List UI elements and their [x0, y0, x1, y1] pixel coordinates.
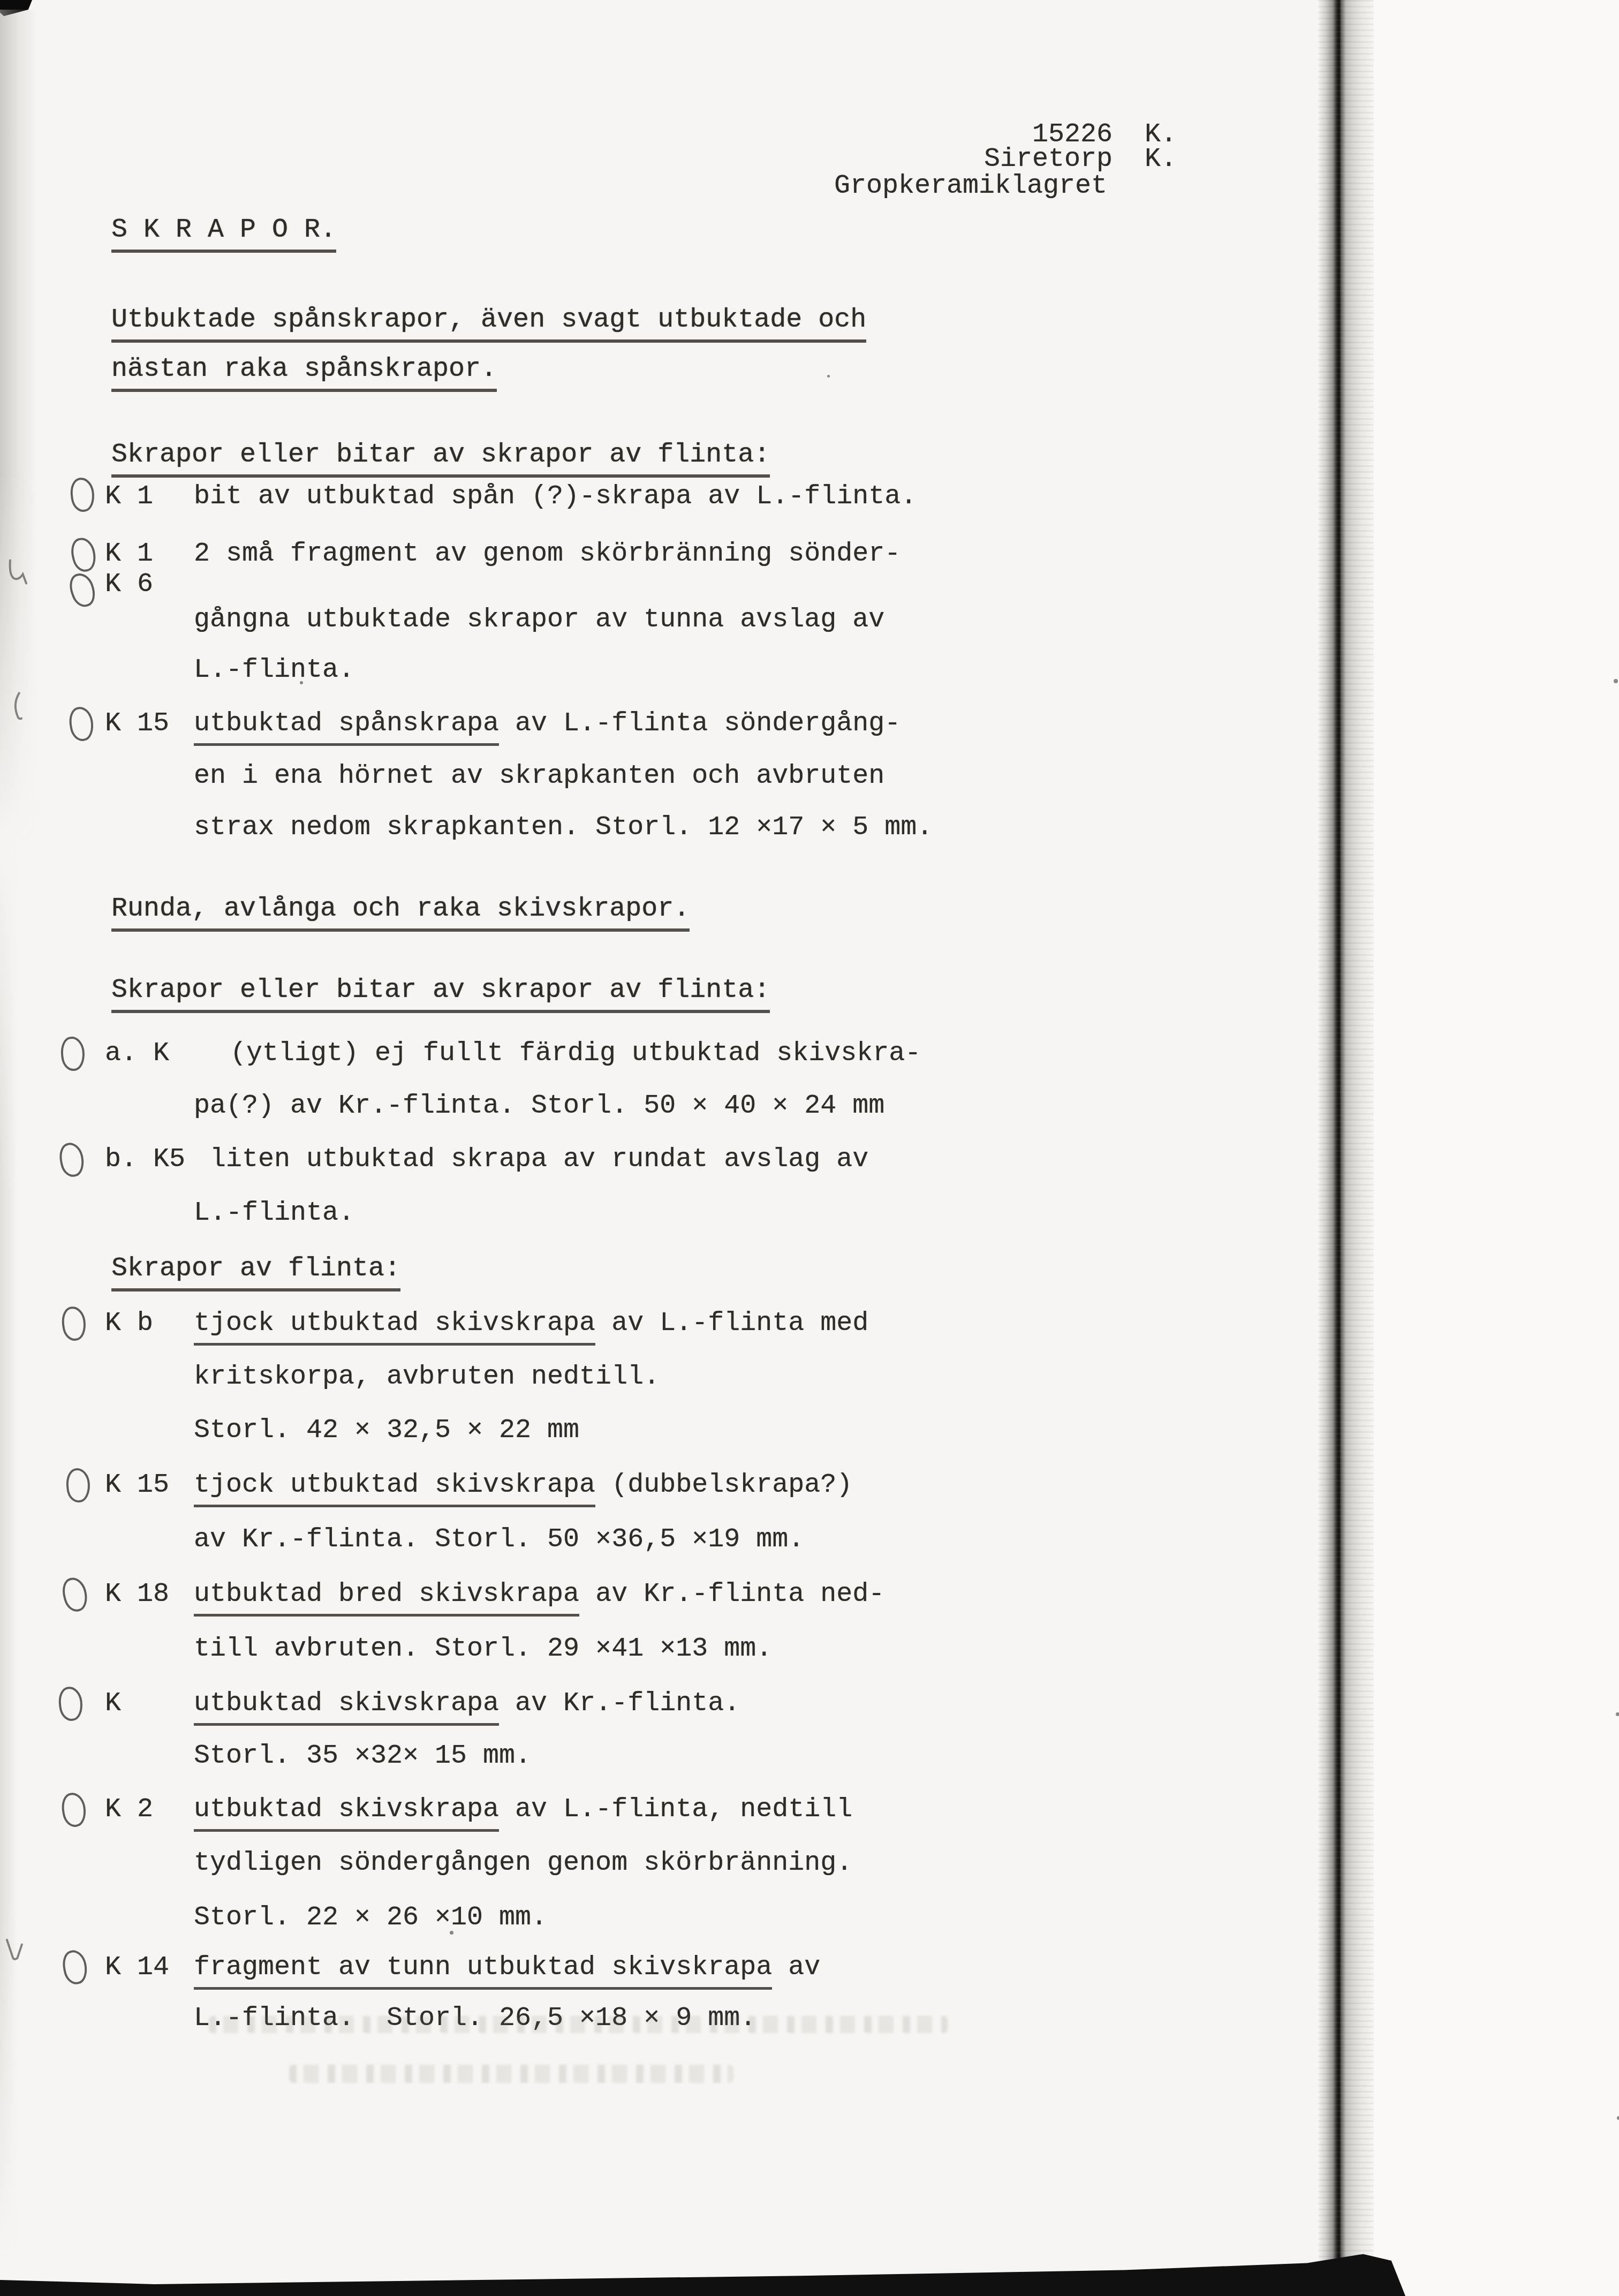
dust-speck: [1617, 2116, 1619, 2120]
bleedthrough-layer: [0, 0, 1619, 2296]
dust-speck: [450, 1931, 453, 1935]
scanned-document-page: { "document": { "catalog_number": "15226…: [0, 0, 1619, 2296]
dust-speck: [827, 375, 830, 377]
dust-speck: [300, 681, 303, 684]
dust-speck: [1614, 679, 1618, 683]
bleedthrough-smudge: [209, 2016, 948, 2033]
dust-speck: [1616, 1712, 1619, 1716]
bleedthrough-smudge: [289, 2065, 733, 2083]
